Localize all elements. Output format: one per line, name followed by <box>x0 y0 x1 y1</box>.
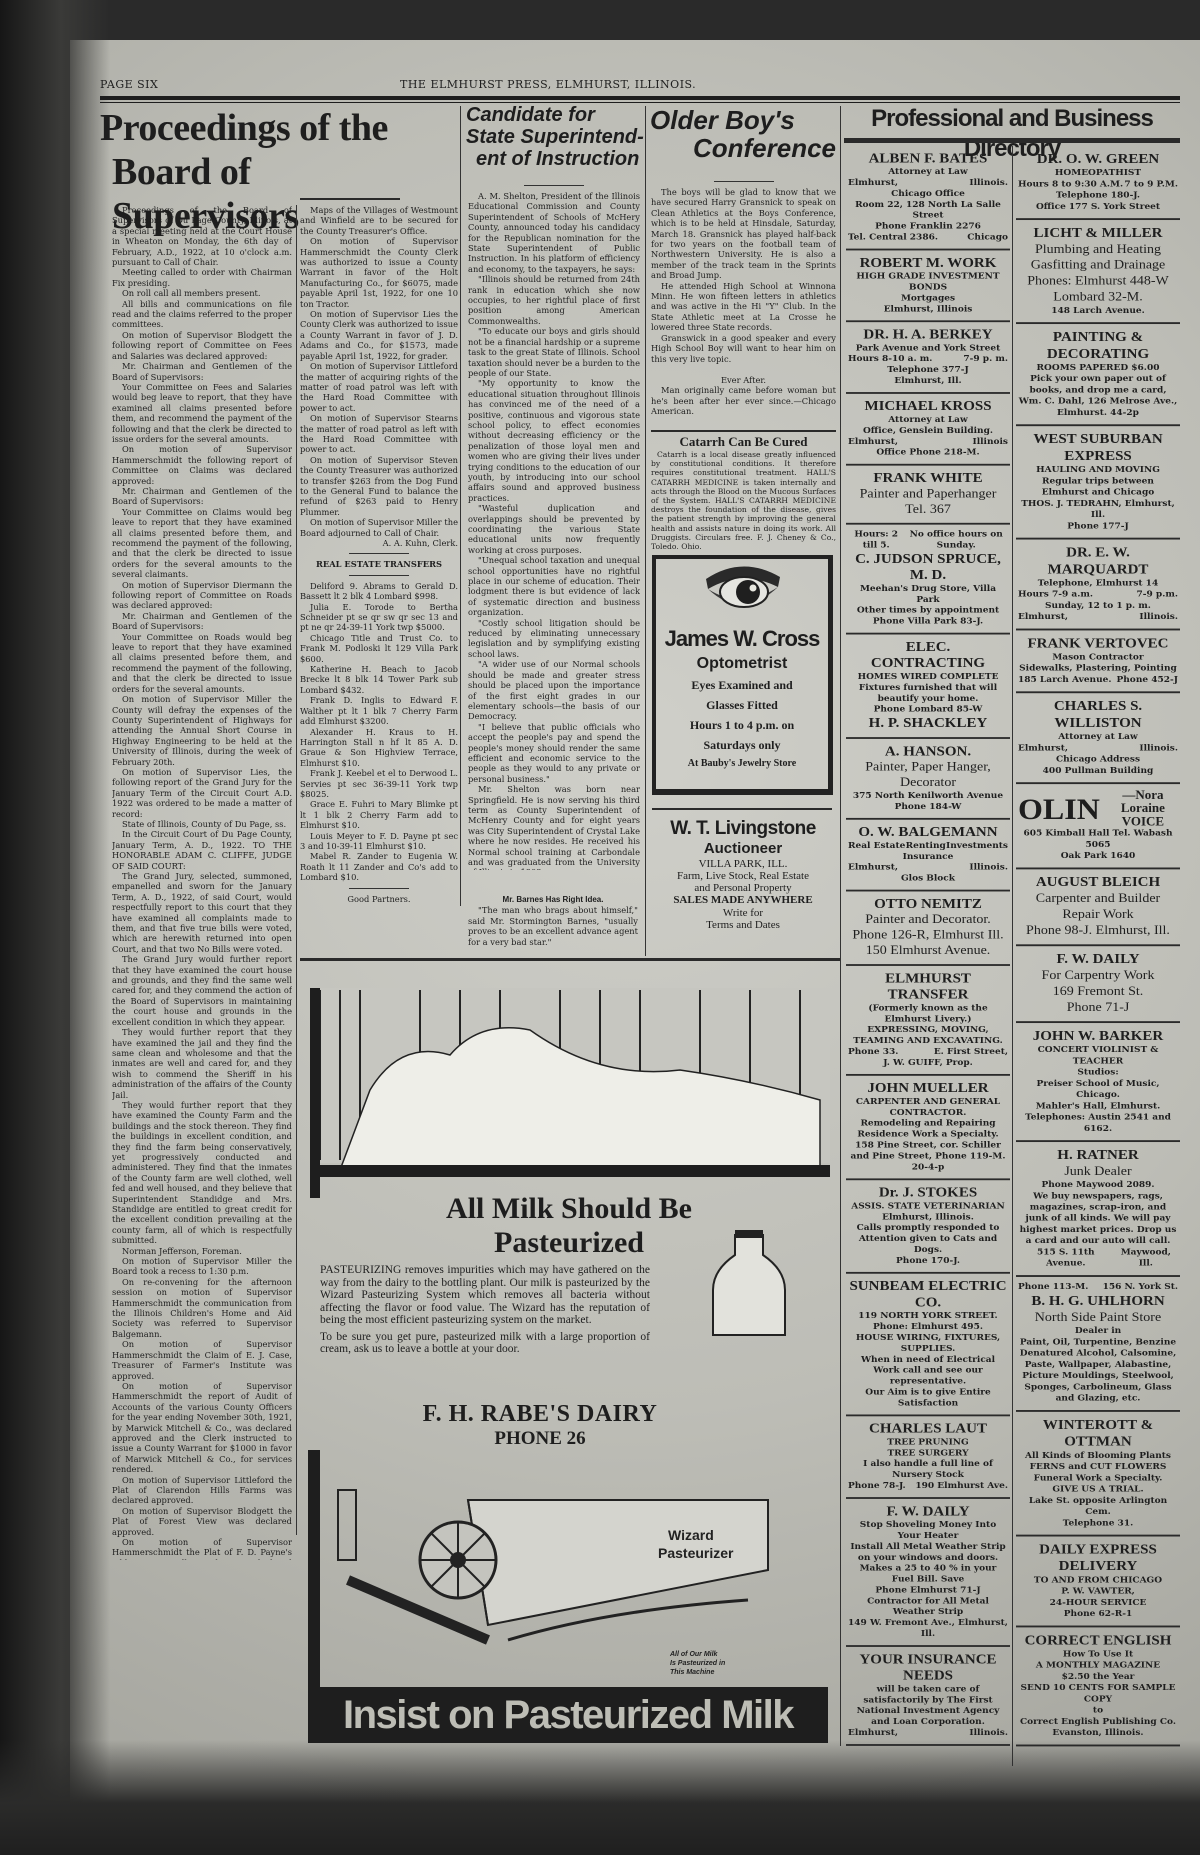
proceedings-paragraph: On motion of Supervisor Steven the Count… <box>300 455 458 517</box>
directory-card: ELEC. CONTRACTINGHOMES WIRED COMPLETEFix… <box>846 635 1010 739</box>
card-line: TO AND FROM CHICAGO <box>1018 1575 1178 1586</box>
divider <box>349 553 409 554</box>
card-row: 185 Larch Avenue.Phone 452-J <box>1018 674 1178 685</box>
candidate-paragraph: "Wasteful duplication and overlappings s… <box>468 503 640 555</box>
card-line: HOMEOPATHIST <box>1018 168 1178 179</box>
good-partners-text: "What does your husband do when he's at … <box>300 904 458 905</box>
real-estate-item: Frank D. Inglis to Edward F. Walther pt … <box>300 695 458 726</box>
directory-card: CHARLES S. WILLISTONAttorney at LawElmhu… <box>1016 693 1180 784</box>
directory-card: CHARLES LAUTTREE PRUNINGTREE SURGERYI al… <box>846 1416 1010 1499</box>
card-line: All Kinds of Blooming Plants <box>1018 1450 1178 1461</box>
card-line: ASSIS. STATE VETERINARIAN <box>848 1201 1008 1212</box>
card-line: P. W. VAWTER, <box>1018 1586 1178 1597</box>
card-row-text: Hours: 2 till 5. <box>848 529 904 551</box>
card-line: Telephone 31. <box>1018 1518 1178 1529</box>
directory-card: Hours: 2 till 5.No office hours on Sunda… <box>846 525 1010 635</box>
card-line: Phones: Elmhurst 448-W <box>1018 273 1178 289</box>
older-boys-paragraph: The boys will be glad to know that we ha… <box>651 187 836 281</box>
divider <box>524 185 584 186</box>
proceedings-paragraph: On motion of Supervisor Blodgett the Pla… <box>112 1506 292 1537</box>
card-row-text: Phone 78-J. <box>848 1481 906 1492</box>
card-line: HOUSE WIRING, FIXTURES, SUPPLIES. <box>848 1333 1008 1355</box>
card-line: Our Aim is to give Entire Satisfaction <box>848 1387 1008 1409</box>
pasteurizer-machine-illustration: Wizard Pasteurizer All of Our Milk Is Pa… <box>308 1450 828 1690</box>
olin-sub: —Nora LoraineVOICE <box>1108 789 1178 828</box>
card-line: North Side Paint Store <box>1018 1310 1178 1326</box>
directory-right-column: DR. O. W. GREENHOMEOPATHISTHours 8 to 9:… <box>1016 146 1180 1746</box>
candidate-paragraph: "Costly school litigation should be redu… <box>468 618 640 660</box>
business-name: FRANK VERTOVEC <box>1018 635 1178 652</box>
real-estate-heading: REAL ESTATE TRANSFERS <box>300 559 458 569</box>
business-name: WINTEROTT & OTTMAN <box>1018 1417 1178 1451</box>
older-boys-paragraph: He attended High School at Winnona Minn.… <box>651 281 836 333</box>
olin-sub-line: —Nora Loraine <box>1108 789 1178 815</box>
card-line: Phone 71-J <box>1018 1000 1178 1016</box>
real-estate-item: Frank J. Keebel et el to Derwood L. Serv… <box>300 768 458 799</box>
scan-shadow-left <box>0 0 110 1855</box>
masthead-rule <box>100 96 1180 100</box>
proceedings-paragraph: Maps of the Villages of Westmount and Wi… <box>300 205 458 236</box>
proceedings-paragraph: Mr. Chairman and Gentlemen of the Board … <box>112 611 292 632</box>
directory-card: WEST SUBURBAN EXPRESSHAULING AND MOVINGR… <box>1016 426 1180 539</box>
proceedings-paragraph: On motion of Supervisor Lies the County … <box>300 309 458 361</box>
card-line: 169 Fremont St. <box>1018 984 1178 1000</box>
card-line: Junk Dealer <box>1018 1164 1178 1180</box>
proceedings-paragraph: On motion of Supervisor Hammerschmidt th… <box>112 444 292 486</box>
card-row-text: Renting <box>906 841 946 852</box>
directory-card: SUNBEAM ELECTRIC CO.119 NORTH YORK STREE… <box>846 1274 1010 1417</box>
card-row-text: Real Estate <box>848 841 905 852</box>
card-row-text: Maywood, Ill. <box>1114 1247 1178 1269</box>
proceedings-paragraph: The Grand Jury, selected, summoned, empa… <box>112 871 292 954</box>
card-row-text: Illinois <box>973 437 1009 448</box>
business-name: DR. E. W. MARQUARDT <box>1018 544 1178 578</box>
card-line: HAULING AND MOVING <box>1018 465 1178 476</box>
card-line: Room 22, 128 North La Salle Street <box>848 200 1008 222</box>
card-line: 24-HOUR SERVICE <box>1018 1597 1178 1608</box>
card-line: Painter and Decorator. <box>848 912 1008 927</box>
card-line: ROOMS PAPERED $6.00 <box>1018 362 1178 373</box>
card-row-text: Hours 7-9 a.m. <box>1018 589 1093 600</box>
svg-text:Pasteurizer: Pasteurizer <box>658 1545 734 1561</box>
card-line: Phone 98-J. Elmhurst, Ill. <box>1018 923 1178 939</box>
older-boys-paragraph: Granswick in a good speaker and every Hi… <box>651 333 836 364</box>
card-line: For Carpentry Work <box>1018 968 1178 984</box>
card-line: Dealer in <box>1018 1326 1178 1337</box>
business-name: ELEC. CONTRACTING <box>848 639 1008 672</box>
proceedings-paragraph: On re-convening for the afternoon sessio… <box>112 1277 292 1339</box>
card-line: Glos Block <box>848 873 1008 884</box>
card-line: When in need of Electrical Work call and… <box>848 1355 1008 1388</box>
page-number: PAGE SIX <box>100 78 158 91</box>
card-line: GIVE US A TRIAL. <box>1018 1484 1178 1495</box>
card-line: FERNS and CUT FLOWERS <box>1018 1462 1178 1473</box>
card-line: Phone Maywood 2089. <box>1018 1180 1178 1191</box>
card-line: 158 Pine Street, cor. Schiller and Pine … <box>848 1140 1008 1173</box>
proceedings-paragraph: On motion of Supervisor Lies, the follow… <box>112 767 292 819</box>
card-line: Phone 170-J. <box>848 1256 1008 1267</box>
business-name-2: H. P. SHACKLEY <box>848 715 1008 731</box>
business-name: JOHN W. BARKER <box>1018 1028 1178 1045</box>
card-row-text: No office hours on Sunday. <box>904 529 1008 551</box>
business-name: DR. O. W. GREEN <box>1018 151 1178 168</box>
proceedings-paragraph: Your Committee on Claims would beg leave… <box>112 507 292 580</box>
card-line: Residence Work a Specialty. <box>848 1129 1008 1140</box>
card-row-text: Elmhurst, <box>848 178 898 189</box>
business-name: ALBEN F. BATES <box>848 151 1008 167</box>
card-row-text: Illinois. <box>969 862 1008 873</box>
card-line: Tel. 367 <box>848 502 1008 517</box>
proceedings-paragraph: State of Illinois, County of Du Page, ss… <box>112 819 292 829</box>
card-line: Telephone 377-J <box>848 365 1008 376</box>
real-estate-item: Chicago Title and Trust Co. to Frank M. … <box>300 633 458 664</box>
directory-card: Phone 113-M.156 N. York St.B. H. G. UHLH… <box>1016 1277 1180 1412</box>
directory-card: ROBERT M. WORKHIGH GRADE INVESTMENTBONDS… <box>846 250 1010 322</box>
masthead: PAGE SIX THE ELMHURST PRESS, ELMHURST, I… <box>100 78 1180 98</box>
proceedings-paragraph: Your Committee on Roads would beg leave … <box>112 632 292 694</box>
proceedings-paragraph: On motion of Supervisor Littleford the m… <box>300 361 458 413</box>
card-row-text: E. First Street, <box>934 1047 1008 1058</box>
card-line: CONCERT VIOLINIST & TEACHER <box>1018 1045 1178 1067</box>
barnes-article: Mr. Barnes Has Right Idea. "The man who … <box>468 895 638 950</box>
business-name: C. JUDSON SPRUCE, M. D. <box>848 551 1008 584</box>
business-name: OTTO NEMITZ <box>848 896 1008 912</box>
business-name: F. W. DAILY <box>848 1503 1008 1519</box>
card-line: 150 Elmhurst Avenue. <box>848 943 1008 958</box>
proceedings-paragraph: On motion of Supervisor Hammerschmidt th… <box>300 236 458 309</box>
card-line: Attorney at Law <box>848 167 1008 178</box>
proceedings-paragraph: Mr. Chairman and Gentlemen of the Board … <box>112 361 292 382</box>
card-row-text: Elmhurst, <box>1018 612 1068 623</box>
directory-card: H. RATNERJunk DealerPhone Maywood 2089.W… <box>1016 1142 1180 1277</box>
card-line: Lake St. opposite Arlington Cem. <box>1018 1495 1178 1517</box>
business-name: SUNBEAM ELECTRIC CO. <box>848 1278 1008 1311</box>
divider <box>349 575 409 576</box>
business-name: CHARLES LAUT <box>848 1421 1008 1437</box>
candidate-paragraph: "A wider use of our Normal schools shoul… <box>468 659 640 721</box>
card-line: 400 Pullman Building <box>1018 765 1178 776</box>
card-line: Sidewalks, Plastering, Pointing <box>1018 663 1178 674</box>
proceedings-paragraph: On motion of Supervisor Hammerschmidt th… <box>112 1381 292 1475</box>
card-line: We buy newspapers, rags, magazines, scra… <box>1018 1191 1178 1247</box>
card-line: Attorney at Law <box>1018 732 1178 743</box>
card-line: HOMES WIRED COMPLETE <box>848 672 1008 683</box>
card-line: Phone 184-W <box>848 802 1008 813</box>
directory-card: FRANK WHITEPainter and PaperhangerTel. 3… <box>846 466 1010 525</box>
card-line: Oak Park 1640 <box>1018 851 1178 862</box>
card-line: Sunday, 12 to 1 p. m. <box>1018 600 1178 611</box>
proceedings-paragraph: In the Circuit Court of Du Page County, … <box>112 829 292 871</box>
card-row-text: Illinois. <box>969 1728 1008 1739</box>
divider <box>714 181 774 182</box>
card-line: Contractor for All Metal Weather Strip <box>848 1596 1008 1618</box>
card-line: Phone 126-R, Elmhurst Ill. <box>848 928 1008 943</box>
card-line: I also handle a full line of Nursery Sto… <box>848 1459 1008 1481</box>
directory-card: LICHT & MILLERPlumbing and HeatingGasfit… <box>1016 220 1180 324</box>
business-name: Dr. J. STOKES <box>848 1185 1008 1201</box>
card-line: Gasfitting and Drainage <box>1018 258 1178 274</box>
card-row: Real EstateRentingInvestments <box>848 841 1008 852</box>
card-line: Attention given to Cats and Dogs. <box>848 1234 1008 1256</box>
card-line: Carpenter and Builder <box>1018 891 1178 907</box>
proceedings-paragraph: On motion of Supervisor Littleford the P… <box>112 1475 292 1506</box>
older-boys-article: The boys will be glad to know that we ha… <box>651 176 836 366</box>
proceedings-paragraph: On motion of Supervisor Diermann the fol… <box>112 580 292 611</box>
proceedings-paragraph: On roll call all members present. <box>112 288 292 298</box>
proceedings-paragraph: On motion of Supervisor Miller the Board… <box>112 1256 292 1277</box>
proceedings-paragraph: Mr. Chairman and Gentlemen of the Board … <box>112 486 292 507</box>
card-line: Calls promptly responded to <box>848 1223 1008 1234</box>
older-boys-headline: Older Boy's Conference <box>650 106 840 162</box>
real-estate-item: Grace E. Fuhri to Mary Blimke pt lt 1 bl… <box>300 799 458 830</box>
card-row-text: Phone 113-M. <box>1018 1282 1088 1293</box>
card-line: CARPENTER AND GENERAL CONTRACTOR. <box>848 1097 1008 1119</box>
business-name: ELMHURST TRANSFER <box>848 970 1008 1003</box>
business-name: H. RATNER <box>1018 1147 1178 1164</box>
card-row-text: Elmhurst, <box>848 437 898 448</box>
proceedings-paragraph: All bills and communications on file rea… <box>112 299 292 330</box>
card-line: Mason Contractor <box>1018 652 1178 663</box>
card-row: 515 S. 11th Avenue.Maywood, Ill. <box>1018 1247 1178 1269</box>
business-name: DAILY EXPRESS DELIVERY <box>1018 1541 1178 1575</box>
proceedings-paragraph: On motion of Supervisor Hammerschmidt th… <box>112 1339 292 1381</box>
card-line: Decorator <box>848 775 1008 790</box>
card-line: A MONTHLY MAGAZINE <box>1018 1660 1178 1671</box>
card-line: Mahler's Hall, Elmhurst. <box>1018 1101 1178 1112</box>
card-line: Meehan's Drug Store, Villa Park <box>848 584 1008 606</box>
card-line: Elmhurst, Ill. <box>848 376 1008 387</box>
card-line: to <box>1018 1705 1178 1716</box>
card-line: EXPRESSING, MOVING, TEAMING AND EXCAVATI… <box>848 1025 1008 1047</box>
card-row: Phone 113-M.156 N. York St. <box>1018 1282 1178 1293</box>
good-partners-heading: Good Partners. <box>300 894 458 904</box>
card-line: Studios: <box>1018 1067 1178 1078</box>
card-line: Preiser School of Music, Chicago. <box>1018 1078 1178 1100</box>
real-estate-item: Alexander H. Kraus to H. Harrington Stal… <box>300 727 458 769</box>
card-line: Chicago Address <box>1018 754 1178 765</box>
proceedings-paragraph: The Grand Jury would further report that… <box>112 954 292 1027</box>
business-name: WEST SUBURBAN EXPRESS <box>1018 431 1178 465</box>
card-line: TREE PRUNING <box>848 1437 1008 1448</box>
directory-card: A. HANSON.Painter, Paper Hanger,Decorato… <box>846 739 1010 820</box>
card-line: Office Phone 218-M. <box>848 447 1008 458</box>
directory-card: YOUR INSURANCE NEEDSwill be taken care o… <box>846 1647 1010 1746</box>
card-row: Elmhurst,Illinois. <box>848 862 1008 873</box>
card-line: will be taken care of satisfactorily by … <box>848 1684 1008 1728</box>
card-line: Phone Franklin 2276 <box>848 221 1008 232</box>
pasteurized-milk-ad: All Milk Should Be Pasteurized PASTEURIZ… <box>300 960 838 1790</box>
card-line: (Formerly known as the Elmhurst Livery.) <box>848 1003 1008 1025</box>
optometrist-name: James W. Cross <box>656 625 828 653</box>
card-line: Phone Lombard 85-W <box>848 704 1008 715</box>
svg-text:All of Our Milk: All of Our Milk <box>669 1651 719 1658</box>
business-name: YOUR INSURANCE NEEDS <box>848 1651 1008 1684</box>
card-row: Elmhurst,Illinois <box>848 437 1008 448</box>
card-line: Phone 62-R-1 <box>1018 1609 1178 1620</box>
svg-text:This Machine: This Machine <box>670 1669 714 1676</box>
proceedings-column-1: Proceedings of the Board of Supervisors … <box>112 205 292 1560</box>
card-row-text: 190 Elmhurst Ave. <box>915 1481 1008 1492</box>
card-row: Hours 7-9 a.m.7-9 p.m. <box>1018 589 1178 600</box>
directory-card: F. W. DAILYFor Carpentry Work169 Fremont… <box>1016 946 1180 1023</box>
directory-card: JOHN W. BARKERCONCERT VIOLINIST & TEACHE… <box>1016 1023 1180 1142</box>
ever-after: Ever After. Man originally came before w… <box>651 375 836 425</box>
card-line: 149 W. Fremont Ave., Elmhurst, Ill. <box>848 1618 1008 1640</box>
directory-card: OTTO NEMITZPainter and Decorator.Phone 1… <box>846 891 1010 965</box>
card-line: THOS. J. TEDRAHN, Elmhurst, Ill. <box>1018 498 1178 520</box>
card-line: Telephones: Austin 2541 and 6162. <box>1018 1112 1178 1134</box>
card-line: Fixtures furnished that will beautify yo… <box>848 683 1008 705</box>
card-line: BONDS <box>848 282 1008 293</box>
card-line: Lombard 32-M. <box>1018 289 1178 305</box>
proceedings-paragraph: On motion of Supervisor Hammerschmidt th… <box>112 1537 292 1560</box>
candidate-headline: Candidate for State Superintend- ent of … <box>466 104 644 170</box>
card-row-text: Tel. Central 2386. <box>848 232 938 243</box>
proceedings-paragraph: On motion of Supervisor Miller the Count… <box>112 694 292 767</box>
candidate-paragraph: "To educate our boys and girls should no… <box>468 326 640 378</box>
real-estate-item: Louis Meyer to F. D. Payne pt sec 3 and … <box>300 831 458 852</box>
card-row-text: Phone 452-J <box>1117 674 1179 685</box>
card-row-text: 185 Larch Avenue. <box>1018 674 1112 685</box>
card-row: Elmhurst,Illinois. <box>1018 612 1178 623</box>
card-line: Insurance <box>848 852 1008 863</box>
business-name: AUGUST BLEICH <box>1018 874 1178 891</box>
directory-card: ALBEN F. BATESAttorney at LawElmhurst,Il… <box>846 146 1010 250</box>
card-row-text: 7-9 p.m. <box>1137 589 1178 600</box>
card-line: TREE SURGERY <box>848 1448 1008 1459</box>
business-name: A. HANSON. <box>848 743 1008 759</box>
directory-card: ELMHURST TRANSFER(Formerly known as the … <box>846 966 1010 1076</box>
machine-label: Wizard <box>668 1527 714 1543</box>
card-row: Hours 8-10 a. m.7-9 p. m. <box>848 354 1008 365</box>
proceedings-paragraph: On motion of Supervisor Blodgett the fol… <box>112 330 292 361</box>
card-line: Paint, Oil, Turpentine, Benzine Denature… <box>1018 1337 1178 1404</box>
directory-card: FRANK VERTOVECMason ContractorSidewalks,… <box>1016 630 1180 693</box>
baby-illustration <box>300 960 838 1200</box>
card-line: HIGH GRADE INVESTMENT <box>848 271 1008 282</box>
business-name: JOHN MUELLER <box>848 1080 1008 1096</box>
card-line: Telephone 180-J. <box>1018 190 1178 201</box>
card-row-text: Hours 8-10 a. m. <box>848 354 932 365</box>
milk-bottle-icon <box>705 1230 795 1340</box>
card-line: Painter and Paperhanger <box>848 487 1008 502</box>
card-row: Elmhurst,Illinois. <box>848 178 1008 189</box>
directory-card: CORRECT ENGLISHHow To Use ItA MONTHLY MA… <box>1016 1627 1180 1746</box>
card-line: Mortgages <box>848 293 1008 304</box>
directory-card: O. W. BALGEMANNReal EstateRentingInvestm… <box>846 820 1010 892</box>
card-row-text: Illinois. <box>1139 612 1178 623</box>
card-line: 605 Kimball Hall Tel. Wabash 5065 <box>1018 828 1178 850</box>
candidate-paragraph: "I believe that public officials who acc… <box>468 722 640 784</box>
card-line: Evanston, Illinois. <box>1018 1728 1178 1739</box>
card-row-text: Elmhurst, <box>1018 743 1068 754</box>
eye-icon <box>656 559 828 621</box>
proceedings-paragraph: On motion of Supervisor Stearns the matt… <box>300 413 458 455</box>
directory-card: MICHAEL KROSSAttorney at LawOffice, Gens… <box>846 394 1010 466</box>
card-line: Install All Metal Weather Strip on your … <box>848 1542 1008 1586</box>
real-estate-item: Mabel R. Zander to Eugenia W. Roath lt 1… <box>300 851 458 882</box>
paper-title: THE ELMHURST PRESS, ELMHURST, ILLINOIS. <box>400 78 696 91</box>
business-name: OLIN <box>1018 792 1100 826</box>
card-row: Phone 78-J.190 Elmhurst Ave. <box>848 1481 1008 1492</box>
card-row: Hours: 2 till 5.No office hours on Sunda… <box>848 529 1008 551</box>
olin-sub-line: VOICE <box>1108 815 1178 828</box>
card-line: Stop Shoveling Money Into Your Heater <box>848 1520 1008 1542</box>
candidate-paragraph: "My opportunity to know the educational … <box>468 378 640 503</box>
card-row: Elmhurst,Illinois. <box>848 1728 1008 1739</box>
card-row: Hours 8 to 9:30 A.M.7 to 9 P.M. <box>1018 179 1178 190</box>
card-line: Correct English Publishing Co. <box>1018 1716 1178 1727</box>
card-line: Repair Work <box>1018 907 1178 923</box>
divider <box>349 888 409 889</box>
business-name: PAINTING & DECORATING <box>1018 329 1178 363</box>
card-line: Painter, Paper Hanger, <box>848 760 1008 775</box>
card-line: 375 North Kenilworth Avenue <box>848 791 1008 802</box>
card-line: Elmhurst, Illinois. <box>848 1212 1008 1223</box>
card-line: Pick your own paper out of books, and dr… <box>1018 374 1178 419</box>
card-row-text: Illinois. <box>1139 743 1178 754</box>
card-line: Chicago Office <box>848 189 1008 200</box>
card-row: Tel. Central 2386.Chicago <box>848 232 1008 243</box>
card-line: J. W. GUIFF, Prop. <box>848 1058 1008 1069</box>
business-name: F. W. DAILY <box>1018 951 1178 968</box>
masthead-rule-thin <box>100 102 1180 103</box>
card-line: Elmhurst, Illinois <box>848 304 1008 315</box>
card-row-text: Illinois. <box>969 178 1008 189</box>
directory-card: DR. O. W. GREENHOMEOPATHISTHours 8 to 9:… <box>1016 146 1180 220</box>
real-estate-item: Katherine H. Beach to Jacob Brecke lt 8 … <box>300 664 458 695</box>
business-name: B. H. G. UHLHORN <box>1018 1293 1178 1310</box>
card-line: Attorney at Law <box>848 415 1008 426</box>
card-row-text: Elmhurst, <box>848 1728 898 1739</box>
card-row-text: Phone 33. <box>848 1047 898 1058</box>
directory-card: AUGUST BLEICHCarpenter and BuilderRepair… <box>1016 869 1180 946</box>
directory-card: Dr. J. STOKESASSIS. STATE VETERINARIANEl… <box>846 1180 1010 1274</box>
svg-text:Is Pasteurized in: Is Pasteurized in <box>670 1660 725 1667</box>
proceedings-paragraph: They would further report that they have… <box>112 1100 292 1246</box>
business-name: LICHT & MILLER <box>1018 225 1178 242</box>
card-row-text: 7-9 p. m. <box>963 354 1008 365</box>
card-line: Remodeling and Repairing <box>848 1118 1008 1129</box>
card-row-text: 156 N. York St. <box>1103 1282 1178 1293</box>
card-line: Other times by appointment <box>848 605 1008 616</box>
card-line: 119 NORTH YORK STREET. <box>848 1311 1008 1322</box>
real-estate-item: Deliford 9. Abrams to Gerald D. Bassett … <box>300 581 458 602</box>
proceedings-column-2: Maps of the Villages of Westmount and Wi… <box>300 205 458 905</box>
card-row-text: Hours 8 to 9:30 A.M. <box>1018 179 1123 190</box>
card-row-text: 7 to 9 P.M. <box>1124 179 1178 190</box>
clerk-signature: A. A. Kuhn, Clerk. <box>300 538 458 548</box>
directory-card: PAINTING & DECORATINGROOMS PAPERED $6.00… <box>1016 324 1180 426</box>
proceedings-paragraph: They would further report that they have… <box>112 1027 292 1100</box>
card-line: Regular trips between Elmhurst and Chica… <box>1018 476 1178 498</box>
directory-left-column: ALBEN F. BATESAttorney at LawElmhurst,Il… <box>846 146 1010 1746</box>
business-name: O. W. BALGEMANN <box>848 824 1008 840</box>
business-name: FRANK WHITE <box>848 470 1008 486</box>
business-name: ROBERT M. WORK <box>848 255 1008 271</box>
card-line: Office 177 S. York Street <box>1018 201 1178 212</box>
card-line: Telephone, Elmhurst 14 <box>1018 578 1178 589</box>
card-row-text: Elmhurst, <box>848 862 898 873</box>
card-line: Funeral Work a Specialty. <box>1018 1473 1178 1484</box>
card-line: $2.50 the Year <box>1018 1671 1178 1682</box>
card-row-text: 515 S. 11th Avenue. <box>1018 1247 1114 1269</box>
directory-card: DR. H. A. BERKEYPark Avenue and York Str… <box>846 322 1010 394</box>
card-line: Phone Villa Park 83-J. <box>848 616 1008 627</box>
card-line: Office, Genslein Building. <box>848 426 1008 437</box>
directory-card: WINTEROTT & OTTMANAll Kinds of Blooming … <box>1016 1412 1180 1537</box>
milk-banner: Insist on Pasteurized Milk <box>308 1687 828 1743</box>
